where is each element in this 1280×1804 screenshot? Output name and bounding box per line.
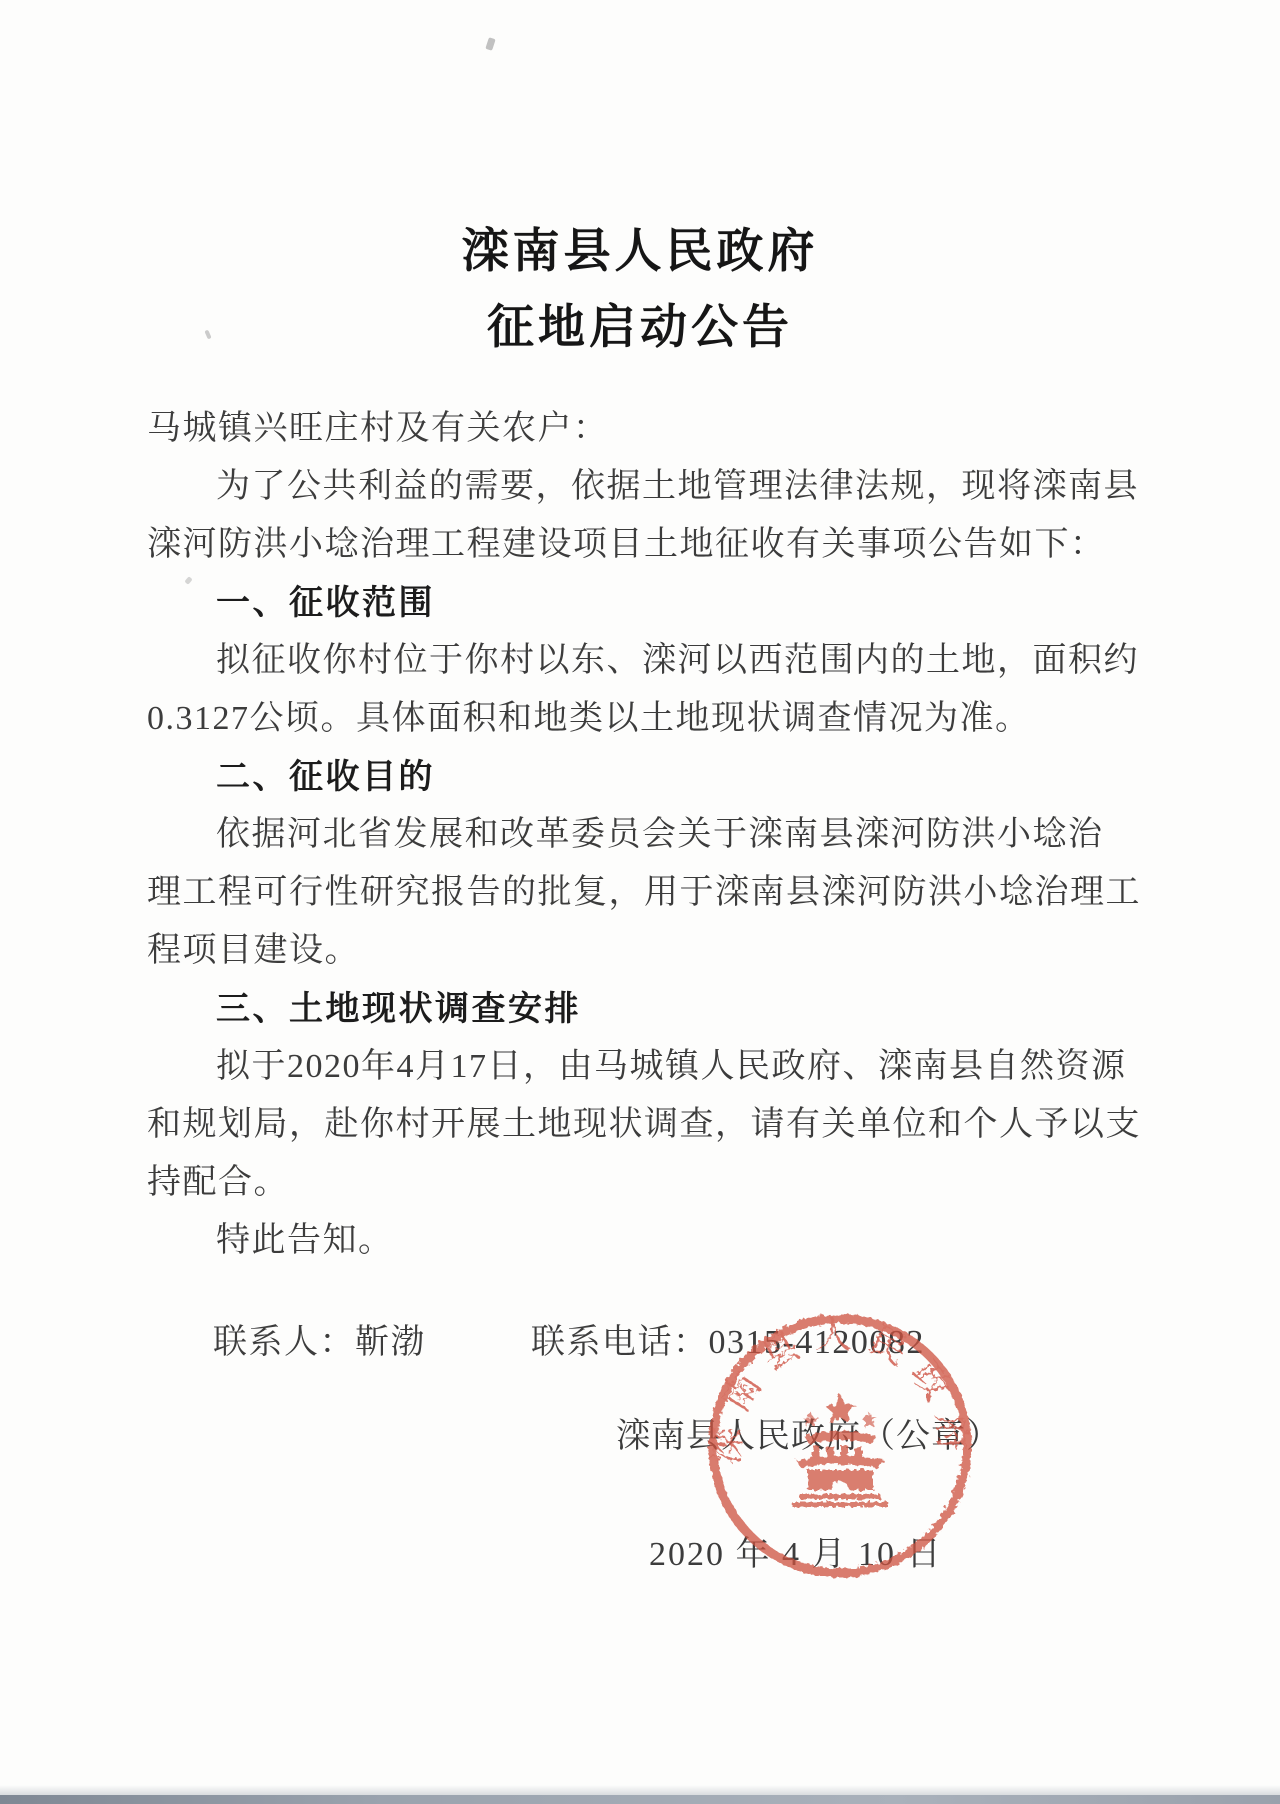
section3-line2: 和规划局，赴你村开展土地现状调查，请有关单位和个人予以支 — [147, 1096, 1161, 1154]
issue-date: 2020 年 4 月 10 日 — [649, 1526, 943, 1575]
section1-heading: 一、征收范围 — [147, 574, 1161, 632]
title-line-authority: 滦南县人民政府 — [0, 214, 1280, 290]
section2-line3: 程项目建设。 — [147, 922, 1161, 980]
scan-bottom-shadow — [0, 1785, 1280, 1795]
document-body: 马城镇兴旺庄村及有关农户： 为了公共利益的需要，依据土地管理法律法规，现将滦南县… — [147, 400, 1161, 1270]
closing-remark: 特此告知。 — [147, 1212, 1161, 1270]
section3-line1: 拟于2020年4月17日，由马城镇人民政府、滦南县自然资源 — [147, 1038, 1161, 1096]
section2-line2: 理工程可行性研究报告的批复，用于滦南县滦河防洪小埝治理工 — [147, 864, 1161, 922]
contact-person-label: 联系人： — [213, 1324, 355, 1361]
contact-line: 联系人：靳渤 联系电话：0315-4120082 — [0, 1314, 1280, 1372]
contact-person-name: 靳渤 — [355, 1324, 426, 1361]
contact-phone: 联系电话：0315-4120082 — [531, 1314, 925, 1363]
contact-phone-number: 0315-4120082 — [709, 1324, 925, 1361]
contact-phone-label: 联系电话： — [531, 1324, 709, 1361]
paragraph-intro-line2: 滦河防洪小埝治理工程建设项目土地征收有关事项公告如下： — [147, 516, 1161, 574]
paragraph-intro-line1: 为了公共利益的需要，依据土地管理法律法规，现将滦南县 — [147, 458, 1161, 516]
section3-line3: 持配合。 — [147, 1154, 1161, 1212]
scan-bottom-edge — [0, 1795, 1280, 1804]
announcement-document-page: 滦南县人民政府 征地启动公告 马城镇兴旺庄村及有关农户： 为了公共利益的需要，依… — [0, 0, 1280, 1804]
document-title: 滦南县人民政府 征地启动公告 — [0, 214, 1280, 366]
section2-heading: 二、征收目的 — [147, 748, 1161, 806]
section2-line1: 依据河北省发展和改革委员会关于滦南县滦河防洪小埝治 — [147, 806, 1161, 864]
section3-heading: 三、土地现状调查安排 — [147, 980, 1161, 1038]
section1-line1: 拟征收你村位于你村以东、滦河以西范围内的土地，面积约 — [147, 632, 1161, 690]
issuer-signature: 滦南县人民政府（公章） — [616, 1408, 1001, 1457]
section1-line2: 0.3127公顷。具体面积和地类以土地现状调查情况为准。 — [147, 690, 1161, 748]
salutation: 马城镇兴旺庄村及有关农户： — [147, 400, 1161, 458]
contact-person: 联系人：靳渤 — [213, 1314, 426, 1363]
title-line-subject: 征地启动公告 — [0, 290, 1280, 366]
scan-speck — [485, 37, 495, 51]
